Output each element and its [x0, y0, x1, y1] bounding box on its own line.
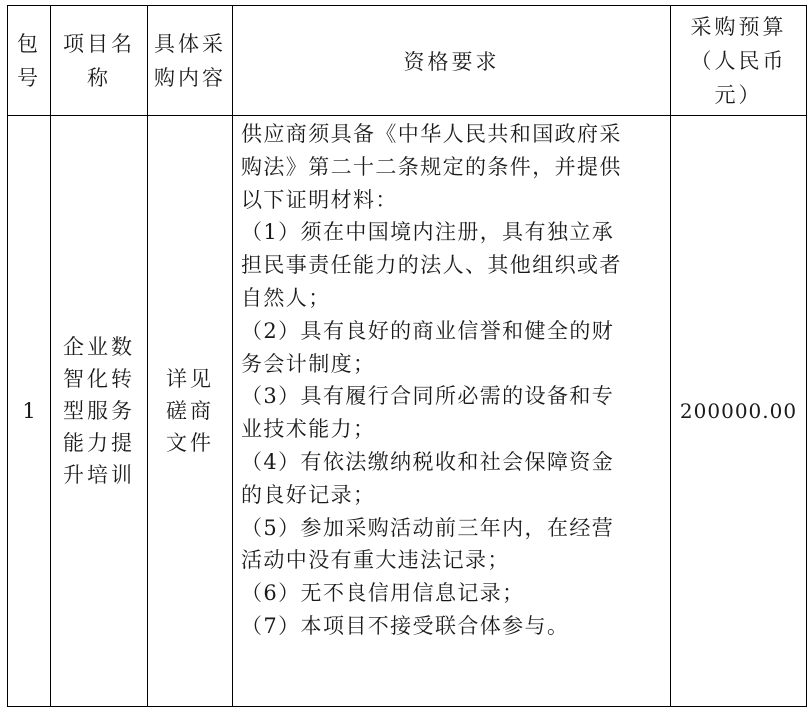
requirement-line: （1）须在中国境内注册，具有独立承 — [241, 216, 670, 249]
requirement-line: 以下证明材料： — [241, 184, 670, 217]
cell-project-name: 企业数 智化转 型服务 能力提 升培训 — [51, 116, 148, 707]
header-budget: 采购预算 （人民币 元） — [671, 6, 807, 116]
requirement-line: 购法》第二十二条规定的条件，并提供 — [241, 151, 670, 184]
cell-text: 能力提 — [51, 427, 147, 459]
header-text: 号 — [8, 61, 50, 95]
requirement-line: 的良好记录； — [241, 479, 670, 512]
header-text: （人民币 — [671, 44, 806, 78]
header-requirements: 资格要求 — [233, 6, 671, 116]
requirement-line: （3）具有履行合同所必需的设备和专 — [241, 380, 670, 413]
requirement-line: （5）参加采购活动前三年内，在经营 — [241, 512, 670, 545]
requirement-line: 担民事责任能力的法人、其他组织或者 — [241, 249, 670, 282]
cell-text: 详见 — [148, 363, 232, 395]
requirement-line: （4）有依法缴纳税收和社会保障资金 — [241, 446, 670, 479]
procurement-table: 包 号 项目名 称 具体采 购内容 资格要求 采购预算 （人民币 元） 1 企业… — [7, 5, 807, 707]
header-content: 具体采 购内容 — [148, 6, 233, 116]
requirement-line: （7）本项目不接受联合体参与。 — [241, 610, 670, 643]
requirement-line: 自然人； — [241, 282, 670, 315]
cell-text: 型服务 — [51, 395, 147, 427]
cell-text: 文件 — [148, 427, 232, 459]
cell-text: 磋商 — [148, 395, 232, 427]
cell-text: 智化转 — [51, 363, 147, 395]
requirement-line: 务会计制度； — [241, 348, 670, 381]
cell-requirements: 供应商须具备《中华人民共和国政府采 购法》第二十二条规定的条件，并提供 以下证明… — [233, 116, 671, 707]
header-row: 包 号 项目名 称 具体采 购内容 资格要求 采购预算 （人民币 元） — [8, 6, 807, 116]
requirement-line: （2）具有良好的商业信誉和健全的财 — [241, 315, 670, 348]
header-package-no: 包 号 — [8, 6, 51, 116]
header-text: 包 — [8, 27, 50, 61]
cell-package-no: 1 — [8, 116, 51, 707]
header-text: 称 — [51, 61, 147, 95]
requirement-line: （6）无不良信用信息记录； — [241, 577, 670, 610]
cell-content: 详见 磋商 文件 — [148, 116, 233, 707]
requirement-line: 供应商须具备《中华人民共和国政府采 — [241, 118, 670, 151]
requirement-line: 业技术能力； — [241, 413, 670, 446]
header-project-name: 项目名 称 — [51, 6, 148, 116]
cell-budget: 200000.00 — [671, 116, 807, 707]
requirement-line: 活动中没有重大违法记录； — [241, 544, 670, 577]
cell-text: 企业数 — [51, 331, 147, 363]
header-text: 元） — [671, 78, 806, 112]
cell-text: 升培训 — [51, 459, 147, 491]
header-text: 项目名 — [51, 27, 147, 61]
table-row: 1 企业数 智化转 型服务 能力提 升培训 详见 磋商 文件 供应商须具备《中华… — [8, 116, 807, 707]
header-text: 具体采 — [148, 27, 232, 61]
header-text: 购内容 — [148, 61, 232, 95]
header-text: 采购预算 — [671, 10, 806, 44]
